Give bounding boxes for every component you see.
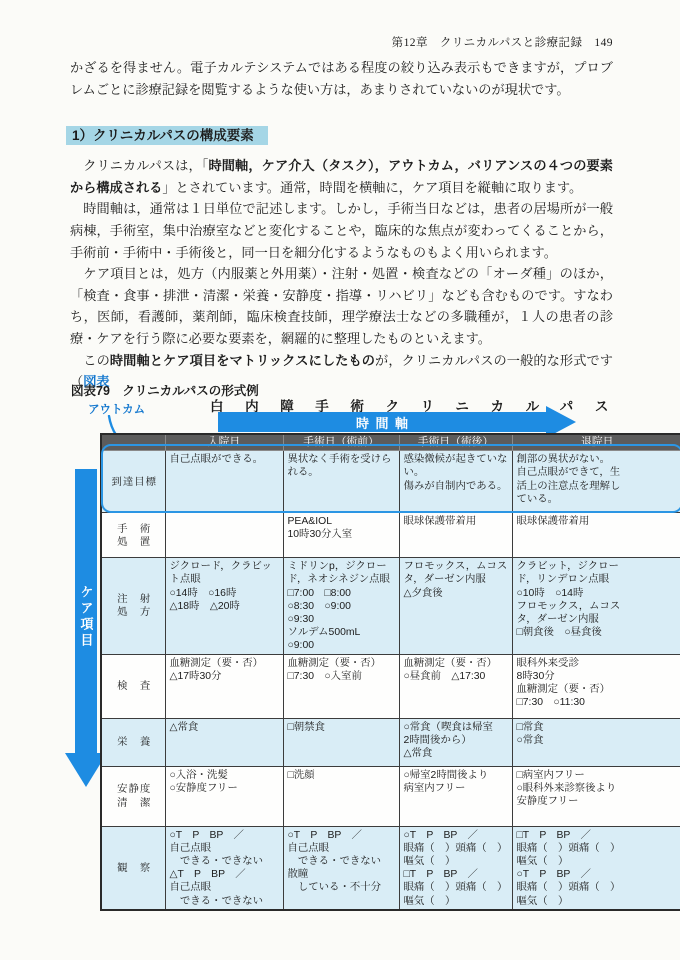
table-row-tests: 検 査 血糖測定（要・否） △17時30分 血糖測定（要・否） □7:30 ○入… xyxy=(101,654,680,718)
cell-nutrition-preop: □朝禁食 xyxy=(283,718,399,766)
cell-procedure-postop: 眼球保護帯着用 xyxy=(399,513,512,558)
paragraph-2: 時間軸は，通常は１日単位で記述します。しかし，手術当日などは，患者の居場所が一般… xyxy=(70,198,613,263)
row-label-rest-hygiene: 安静度 清 潔 xyxy=(101,766,165,826)
book-page: 第12章 クリニカルパスと診療記録 149 かざるを得ません。電子カルテシステム… xyxy=(0,0,680,960)
cell-goals-preop: 異状なく手術を受けら れる。 xyxy=(283,451,399,513)
row-label-goals: 到達目標 xyxy=(101,451,165,513)
cell-nutrition-admission: △常食 xyxy=(165,718,283,766)
time-axis-label: 時間軸 xyxy=(349,413,414,432)
table-header-row: 入院日 手術日（術前） 手術日（術後） 退院日 xyxy=(101,434,680,451)
table-row-goals: 到達目標 自己点眼ができる。 異状なく手術を受けら れる。 感染微候が起きていな… xyxy=(101,451,680,513)
row-label-nutrition: 栄 養 xyxy=(101,718,165,766)
clinical-path-table: 入院日 手術日（術前） 手術日（術後） 退院日 到達目標 自己点眼ができる。 異… xyxy=(100,433,680,911)
cell-goals-admission: 自己点眼ができる。 xyxy=(165,451,283,513)
column-header-surgery-day-pre: 手術日（術前） xyxy=(283,434,399,451)
figure-79: 図表79 クリニカルパスの形式例 白内障手術クリニカルパス アウトカム 時間軸 … xyxy=(0,376,680,936)
row-label-observation: 観 察 xyxy=(101,826,165,910)
care-axis-arrow: ケア項目 xyxy=(75,469,97,753)
cell-nutrition-postop: ○常食（喫食は帰室 2時間後から） △常食 xyxy=(399,718,512,766)
cell-nutrition-discharge: □常食 ○常食 xyxy=(512,718,680,766)
table-row-injection-prescription: 注 射 処 方 ジクロード，クラビッ ト点眼 ○14時 ○16時 △18時 △2… xyxy=(101,558,680,654)
section-heading-text: 1）クリニカルパスの構成要素 xyxy=(66,126,268,145)
p1-text-pre: クリニカルパスは，「 xyxy=(70,158,208,173)
cell-rest-postop: ○帰室2時間後より 病室内フリー xyxy=(399,766,512,826)
column-header-surgery-day-post: 手術日（術後） xyxy=(399,434,512,451)
cell-goals-discharge: 創部の異状がない。 自己点眼ができて，生 活上の注意点を理解し ている。 xyxy=(512,451,680,513)
cell-rest-discharge: □病室内フリー ○眼科外来診察後より 安静度フリー xyxy=(512,766,680,826)
cell-tests-preop: 血糖測定（要・否） □7:30 ○入室前 xyxy=(283,654,399,718)
row-label-tests: 検 査 xyxy=(101,654,165,718)
cell-procedure-preop: PEA&IOL 10時30分入室 xyxy=(283,513,399,558)
table-row-observation: 観 察 ○T P BP ／ 自己点眼 できる・できない △T P BP ／ 自己… xyxy=(101,826,680,910)
cell-goals-postop: 感染微候が起きていな い。 傷みが自制内である。 xyxy=(399,451,512,513)
cell-observation-admission: ○T P BP ／ 自己点眼 できる・できない △T P BP ／ 自己点眼 で… xyxy=(165,826,283,910)
care-axis-label: ケア項目 xyxy=(77,585,96,753)
cell-injection-admission: ジクロード，クラビッ ト点眼 ○14時 ○16時 △18時 △20時 xyxy=(165,558,283,654)
cell-tests-postop: 血糖測定（要・否） ○昼食前 △17:30 xyxy=(399,654,512,718)
p4-text-pre: この xyxy=(70,353,110,368)
table-row-surgery-procedure: 手 術 処 置 PEA&IOL 10時30分入室 眼球保護帯着用 眼球保護帯着用 xyxy=(101,513,680,558)
corner-header-cell xyxy=(101,434,165,451)
body-text-column: かざるを得ません。電子カルテシステムではある程度の絞り込み表示もできますが，プロ… xyxy=(70,57,613,393)
row-label-injection-prescription: 注 射 処 方 xyxy=(101,558,165,654)
p4-emphasis: 時間軸とケア項目をマトリックスにしたもの xyxy=(110,353,375,368)
cell-tests-admission: 血糖測定（要・否） △17時30分 xyxy=(165,654,283,718)
table-row-nutrition: 栄 養 △常食 □朝禁食 ○常食（喫食は帰室 2時間後から） △常食 □常食 ○… xyxy=(101,718,680,766)
cell-procedure-discharge: 眼球保護帯着用 xyxy=(512,513,680,558)
cell-injection-discharge: クラビット，ジクロー ド，リンデロン点眼 ○10時 ○14時 フロモックス，ムコ… xyxy=(512,558,680,654)
column-header-admission-day: 入院日 xyxy=(165,434,283,451)
section-heading: 1）クリニカルパスの構成要素 xyxy=(66,126,613,146)
cell-observation-discharge: □T P BP ／ 眼痛（ ）頭痛（ ） 嘔気（ ） ○T P BP ／ 眼痛（… xyxy=(512,826,680,910)
paragraph-1: クリニカルパスは，「時間軸，ケア介入（タスク），アウトカム，バリアンスの４つの要… xyxy=(70,155,613,198)
row-label-surgery-procedure: 手 術 処 置 xyxy=(101,513,165,558)
cell-injection-preop: ミドリンp，ジクロー ド，ネオシネジン点眼 □7:00 □8:00 ○8:30 … xyxy=(283,558,399,654)
cell-procedure-admission xyxy=(165,513,283,558)
intro-paragraph: かざるを得ません。電子カルテシステムではある程度の絞り込み表示もできますが，プロ… xyxy=(70,57,613,100)
table-row-rest-hygiene: 安静度 清 潔 ○入浴・洗髪 ○安静度フリー □洗顔 ○帰室2時間後より 病室内… xyxy=(101,766,680,826)
page-header: 第12章 クリニカルパスと診療記録 149 xyxy=(70,34,613,50)
cell-rest-preop: □洗顔 xyxy=(283,766,399,826)
column-header-discharge-day: 退院日 xyxy=(512,434,680,451)
cell-observation-postop: ○T P BP ／ 眼痛（ ）頭痛（ ） 嘔気（ ） □T P BP ／ 眼痛（… xyxy=(399,826,512,910)
cell-observation-preop: ○T P BP ／ 自己点眼 できる・できない 散瞳 している・不十分 xyxy=(283,826,399,910)
cell-rest-admission: ○入浴・洗髪 ○安静度フリー xyxy=(165,766,283,826)
time-axis-arrow: 時間軸 xyxy=(218,412,546,432)
paragraph-3: ケア項目とは，処方（内服薬と外用薬）・注射・処置・検査などの「オーダ種」のほか，… xyxy=(70,263,613,349)
cell-tests-discharge: 眼科外来受診 8時30分 血糖測定（要・否） □7:30 ○11:30 xyxy=(512,654,680,718)
p1-text-post: 」とされています。通常，時間を横軸に，ケア項目を縦軸に取ります。 xyxy=(162,180,582,195)
cell-injection-postop: フロモックス，ムコス タ，ダーゼン内服 △夕食後 xyxy=(399,558,512,654)
